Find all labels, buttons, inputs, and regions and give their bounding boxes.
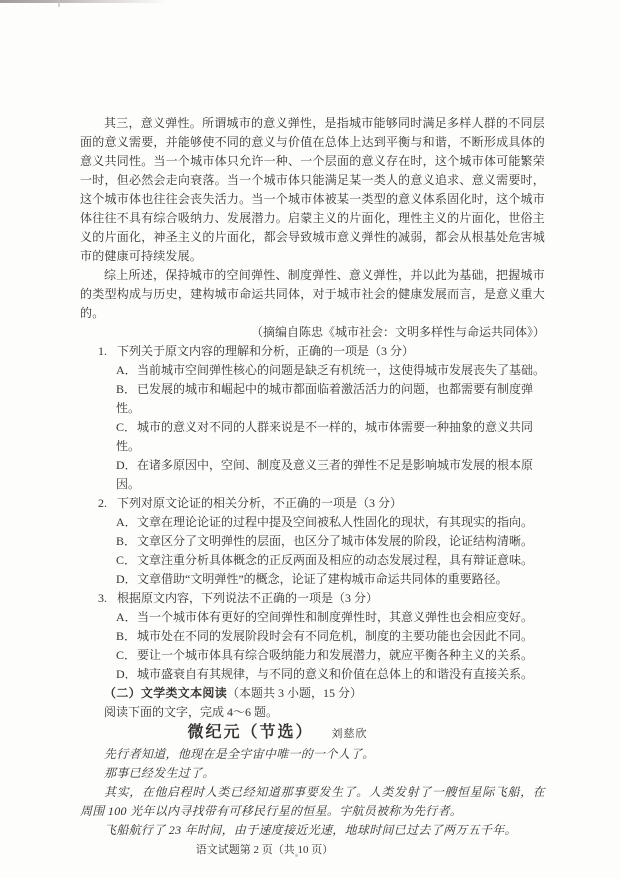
option-label-c: C． [116, 418, 137, 437]
scan-artifact-strip [0, 0, 168, 3]
option-text: 文章注重分析具体概念的正反两面及相应的动态发展过程，具有辩证意味。 [137, 553, 533, 567]
option-label-b: B． [116, 380, 137, 399]
option-label-c: C． [116, 551, 137, 570]
option-text: 已发展的城市和崛起中的城市都面临着激活活力的问题，也都需要有制度弹性。 [116, 382, 533, 415]
story-paragraph-4: 飞船航行了 23 年时间，由于速度接近光速，地球时间已过去了两万五千年。 [80, 821, 545, 840]
story-paragraph-3: 其实，在他启程时人类已经知道那事要发生了。人类发射了一艘恒星际飞船，在周围 10… [80, 783, 545, 821]
option-label-b: B． [116, 627, 137, 646]
question-2-number: 2. [98, 494, 117, 513]
question-2-option-d: D．文章借助“文明弹性”的概念，论证了建构城市命运共同体的重要路径。 [116, 570, 545, 589]
question-3-stem: 3.根据原文内容，下列说法不正确的一项是（3 分） [98, 589, 545, 608]
question-3: 3.根据原文内容，下列说法不正确的一项是（3 分） A．当一个城市体有更好的空间… [80, 589, 545, 684]
question-3-stem-text: 根据原文内容，下列说法不正确的一项是（3 分） [117, 591, 378, 605]
text-column: 其三，意义弹性。所谓城市的意义弹性，是指城市能够同时满足多样人群的不同层面的意义… [80, 114, 545, 860]
question-1-option-a: A．当前城市空间弹性核心的问题是缺乏有机统一，这使得城市发展丧失了基础。 [116, 361, 545, 380]
option-label-d: D． [116, 570, 137, 589]
option-text: 文章在理论论证的过程中提及空间被私人性固化的现状，有其现实的指向。 [137, 515, 533, 529]
question-1-option-c: C．城市的意义对不同的人群来说是不一样的，城市体需要一种抽象的意义共同性。 [116, 418, 545, 456]
question-3-option-a: A．当一个城市体有更好的空间弹性和制度弹性时，其意义弹性也会相应变好。 [116, 608, 545, 627]
page-footer: 语文试题第 2 页（共 10 页） [32, 841, 497, 860]
section-2-instruction: 阅读下面的文字，完成 4～6 题。 [80, 703, 545, 722]
section-2-heading-meta: （本题共 3 小题，15 分） [227, 686, 362, 700]
question-1: 1.下列关于原文内容的理解和分析，正确的一项是（3 分） A．当前城市空间弹性核… [80, 342, 545, 494]
option-label-a: A． [116, 608, 137, 627]
option-text: 当前城市空间弹性核心的问题是缺乏有机统一，这使得城市发展丧失了基础。 [137, 363, 545, 377]
story-title: 微纪元（节选） [187, 724, 313, 741]
question-2-option-b: B．文章区分了文明弹性的层面，也区分了城市体发展的阶段，论证结构清晰。 [116, 532, 545, 551]
question-3-number: 3. [98, 589, 117, 608]
option-text: 城市的意义对不同的人群来说是不一样的，城市体需要一种抽象的意义共同性。 [116, 420, 533, 453]
passage-attribution: （摘编自陈忠《城市社会：文明多样性与命运共同体》） [80, 323, 545, 342]
option-text: 文章借助“文明弹性”的概念，论证了建构城市命运共同体的重要路径。 [137, 572, 508, 586]
question-2: 2.下列对原文论证的相关分析，不正确的一项是（3 分） A．文章在理论论证的过程… [80, 494, 545, 589]
story-author: 刘慈欣 [332, 728, 368, 740]
question-3-option-d: D．城市盛衰自有其规律，与不同的意义和价值在总体上的和谐没有直接关系。 [116, 665, 545, 684]
section-2-heading: （二）文学类文本阅读（本题共 3 小题，15 分） [80, 684, 545, 703]
question-1-option-b: B．已发展的城市和崛起中的城市都面临着激活活力的问题，也都需要有制度弹性。 [116, 380, 545, 418]
scan-speck [295, 854, 298, 857]
option-text: 城市盛衰自有其规律，与不同的意义和价值在总体上的和谐没有直接关系。 [137, 667, 533, 681]
option-label-d: D． [116, 456, 137, 475]
question-1-option-d: D．在诸多原因中，空间、制度及意义三者的弹性不足是影响城市发展的根本原因。 [116, 456, 545, 494]
option-text: 当一个城市体有更好的空间弹性和制度弹性时，其意义弹性也会相应变好。 [137, 610, 533, 624]
question-2-option-a: A．文章在理论论证的过程中提及空间被私人性固化的现状，有其现实的指向。 [116, 513, 545, 532]
question-2-stem: 2.下列对原文论证的相关分析，不正确的一项是（3 分） [98, 494, 545, 513]
passage-paragraph-1: 其三，意义弹性。所谓城市的意义弹性，是指城市能够同时满足多样人群的不同层面的意义… [80, 114, 545, 266]
question-2-stem-text: 下列对原文论证的相关分析，不正确的一项是（3 分） [117, 496, 402, 510]
option-text: 文章区分了文明弹性的层面，也区分了城市体发展的阶段，论证结构清晰。 [137, 534, 533, 548]
option-label-a: A． [116, 361, 137, 380]
option-label-b: B． [116, 532, 137, 551]
question-3-option-c: C．要让一个城市体具有综合吸纳能力和发展潜力，就应平衡各种主义的关系。 [116, 646, 545, 665]
question-1-stem: 1.下列关于原文内容的理解和分析，正确的一项是（3 分） [98, 342, 545, 361]
exam-page-scan: 其三，意义弹性。所谓城市的意义弹性，是指城市能够同时满足多样人群的不同层面的意义… [0, 0, 620, 878]
question-2-option-c: C．文章注重分析具体概念的正反两面及相应的动态发展过程，具有辩证意味。 [116, 551, 545, 570]
question-1-number: 1. [98, 342, 117, 361]
option-text: 在诸多原因中，空间、制度及意义三者的弹性不足是影响城市发展的根本原因。 [116, 458, 533, 491]
option-label-c: C． [116, 646, 137, 665]
option-text: 要让一个城市体具有综合吸纳能力和发展潜力，就应平衡各种主义的关系。 [137, 648, 533, 662]
option-label-a: A． [116, 513, 137, 532]
story-paragraph-2: 那事已经发生过了。 [80, 764, 545, 783]
story-title-line: 微纪元（节选）刘慈欣 [45, 722, 510, 745]
section-2-heading-title: （二）文学类文本阅读 [104, 686, 227, 700]
story-paragraph-1: 先行者知道，他现在是全宇宙中唯一的一个人了。 [80, 745, 545, 764]
scan-artifact-tick [58, 0, 60, 7]
question-1-stem-text: 下列关于原文内容的理解和分析，正确的一项是（3 分） [117, 344, 414, 358]
option-label-d: D． [116, 665, 137, 684]
option-text: 城市处在不同的发展阶段时会有不同危机，制度的主要功能也会因此不同。 [137, 629, 533, 643]
passage-paragraph-2: 综上所述，保持城市的空间弹性、制度弹性、意义弹性，并以此为基础，把握城市的类型构… [80, 266, 545, 323]
question-3-option-b: B．城市处在不同的发展阶段时会有不同危机，制度的主要功能也会因此不同。 [116, 627, 545, 646]
